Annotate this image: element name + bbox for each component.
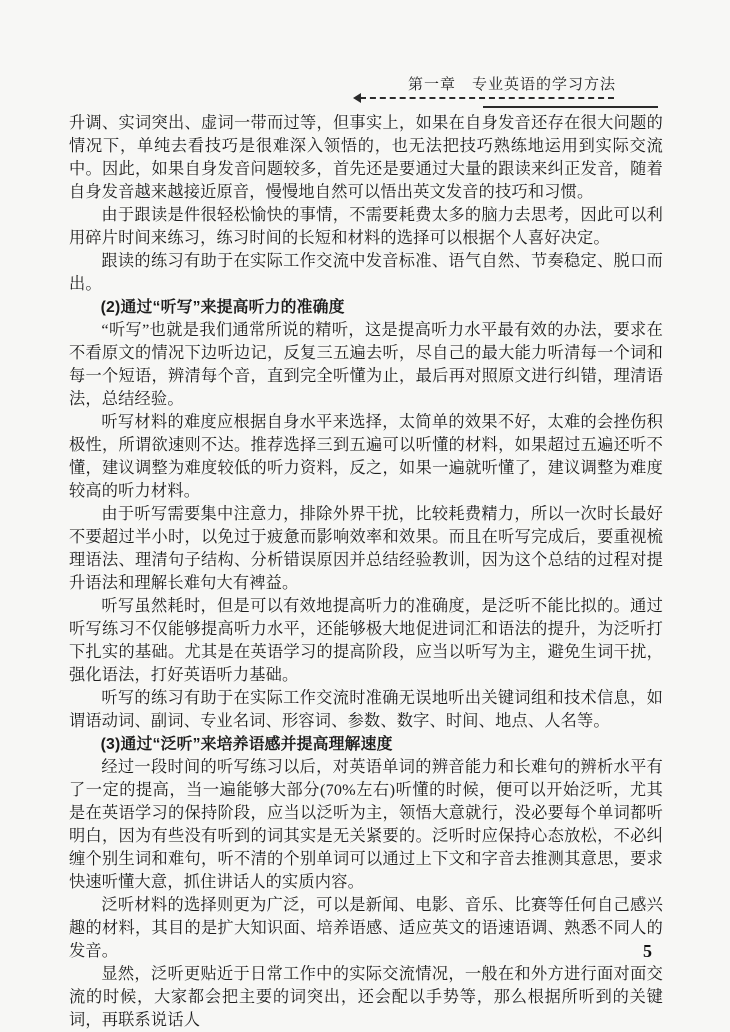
subheading-dictation: (2)通过“听写”来提高听力的准确度 [69, 296, 663, 319]
dashed-arrow-rule [360, 97, 614, 99]
page-body: 升调、实词突出、虚词一带而过等，但事实上，如果在自身发音还存在很大问题的情况下，… [69, 112, 663, 1032]
paragraph: 听写的练习有助于在实际工作交流时准确无误地听出关键词组和技术信息，如谓语动词、副… [69, 687, 663, 733]
paragraph: 经过一段时间的听写练习以后，对英语单词的辨音能力和长难句的辨析水平有了一定的提高… [69, 756, 663, 894]
paragraph: 听写材料的难度应根据自身水平来选择，太简单的效果不好，太难的会挫伤积极性，所谓欲… [69, 411, 663, 503]
paragraph: 听写虽然耗时，但是可以有效地提高听力的准确度，是泛听不能比拟的。通过听写练习不仅… [69, 595, 663, 687]
header-solid-rule [483, 106, 658, 108]
subheading-extensive-listening: (3)通过“泛听”来培养语感并提高理解速度 [69, 733, 663, 756]
paragraph: 由于听写需要集中注意力，排除外界干扰，比较耗费精力，所以一次时长最好不要超过半小… [69, 503, 663, 595]
running-header-chapter-title: 第一章 专业英语的学习方法 [0, 73, 616, 94]
paragraph-continuation: 升调、实词突出、虚词一带而过等，但事实上，如果在自身发音还存在很大问题的情况下，… [69, 112, 663, 204]
page-number: 5 [643, 941, 652, 962]
paragraph: 泛听材料的选择则更为广泛，可以是新闻、电影、音乐、比赛等任何自己感兴趣的材料，其… [69, 894, 663, 963]
left-arrowhead-icon [353, 93, 361, 103]
book-page: 第一章 专业英语的学习方法 升调、实词突出、虚词一带而过等，但事实上，如果在自身… [0, 0, 730, 1032]
paragraph: “听写”也就是我们通常所说的精听，这是提高听力水平最有效的办法，要求在不看原文的… [69, 319, 663, 411]
paragraph: 显然，泛听更贴近于日常工作中的实际交流情况，一般在和外方进行面对面交流的时候，大… [69, 963, 663, 1032]
paragraph: 由于跟读是件很轻松愉快的事情，不需要耗费太多的脑力去思考，因此可以利用碎片时间来… [69, 204, 663, 250]
paragraph: 跟读的练习有助于在实际工作交流中发音标准、语气自然、节奏稳定、脱口而出。 [69, 250, 663, 296]
